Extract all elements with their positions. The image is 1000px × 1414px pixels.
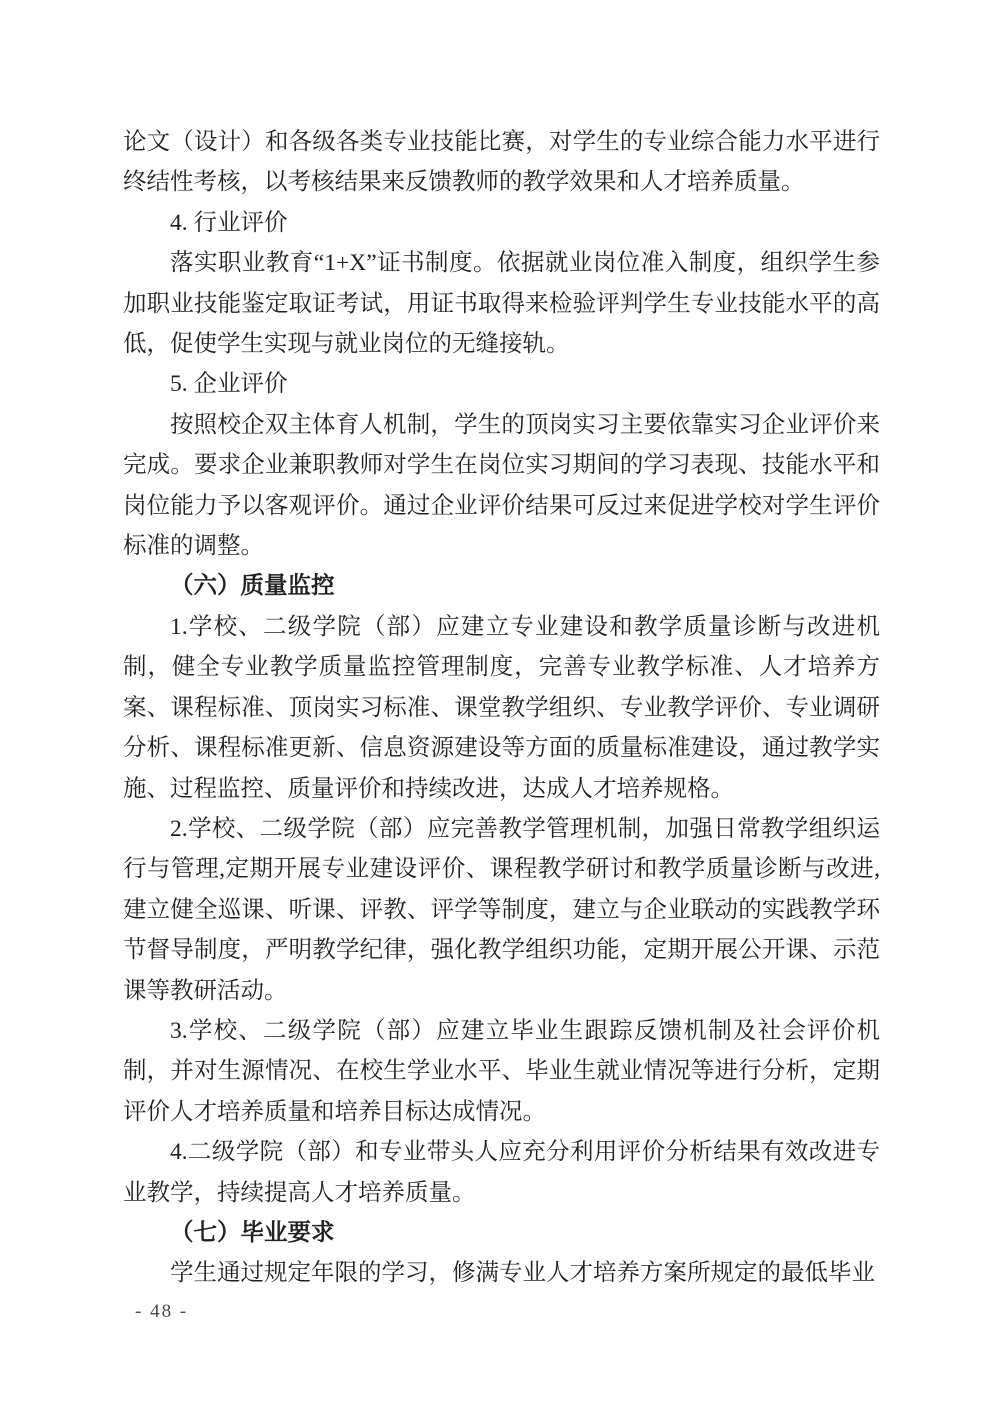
section-heading-quality-monitoring: （六）质量监控 bbox=[123, 566, 880, 606]
document-text-body: 论文（设计）和各级各类专业技能比赛，对学生的专业综合能力水平进行终结性考核，以考… bbox=[123, 122, 880, 1294]
subheading-enterprise-evaluation: 5. 企业评价 bbox=[123, 364, 880, 404]
paragraph-quality-monitoring-1: 1.学校、二级学院（部）应建立专业建设和教学质量诊断与改进机制，健全专业教学质量… bbox=[123, 607, 880, 809]
paragraph-quality-monitoring-3: 3.学校、二级学院（部）应建立毕业生跟踪反馈机制及社会评价机制，并对生源情况、在… bbox=[123, 1011, 880, 1132]
document-page: 论文（设计）和各级各类专业技能比赛，对学生的专业综合能力水平进行终结性考核，以考… bbox=[0, 0, 1000, 1414]
page-number: - 48 - bbox=[135, 1301, 188, 1323]
section-heading-graduation-requirements: （七）毕业要求 bbox=[123, 1213, 880, 1253]
paragraph-enterprise-evaluation: 按照校企双主体育人机制，学生的顶岗实习主要依靠实习企业评价来完成。要求企业兼职教… bbox=[123, 405, 880, 567]
paragraph-evaluation-continuation: 论文（设计）和各级各类专业技能比赛，对学生的专业综合能力水平进行终结性考核，以考… bbox=[123, 122, 880, 203]
paragraph-quality-monitoring-2: 2.学校、二级学院（部）应完善教学管理机制，加强日常教学组织运行与管理,定期开展… bbox=[123, 809, 880, 1011]
subheading-industry-evaluation: 4. 行业评价 bbox=[123, 203, 880, 243]
paragraph-quality-monitoring-4: 4.二级学院（部）和专业带头人应充分利用评价分析结果有效改进专业教学，持续提高人… bbox=[123, 1132, 880, 1213]
paragraph-graduation-requirements: 学生通过规定年限的学习，修满专业人才培养方案所规定的最低毕业 bbox=[123, 1253, 880, 1293]
paragraph-industry-evaluation: 落实职业教育“1+X”证书制度。依据就业岗位准入制度，组织学生参加职业技能鉴定取… bbox=[123, 243, 880, 364]
